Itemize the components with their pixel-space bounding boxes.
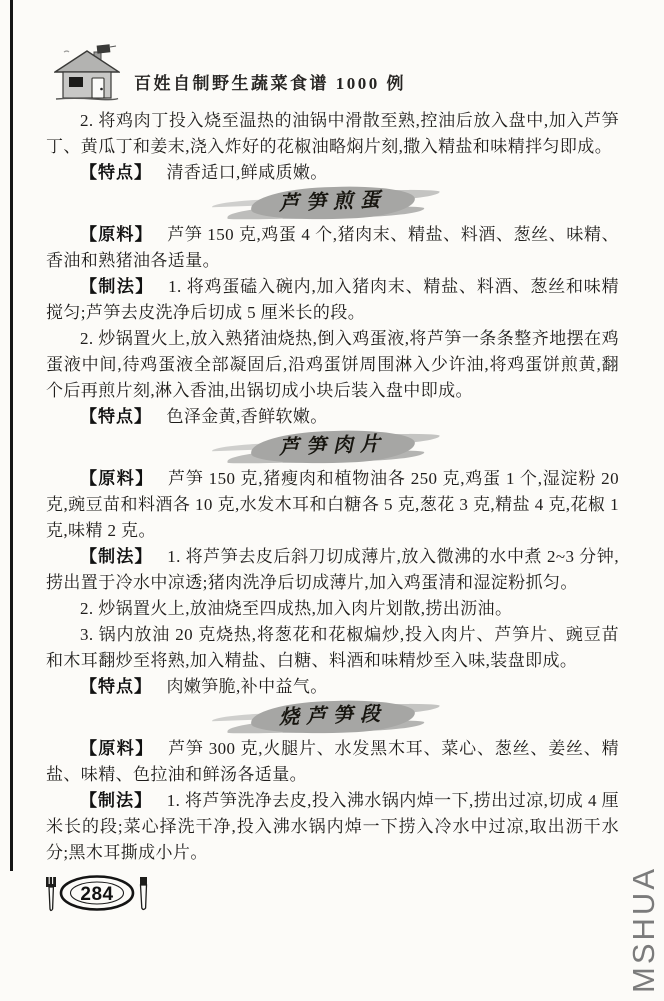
recipe-3-ingredients: 【原料】芦笋 300 克,火腿片、水发黑木耳、菜心、葱丝、姜丝、精盐、味精、色拉… [46,736,619,788]
fork-icon [46,877,56,911]
feature-label: 【特点】 [80,407,152,426]
method-label: 【制法】 [80,547,153,566]
recipe-2-title: 芦笋肉片 [262,430,403,465]
recipe-2-feature: 【特点】肉嫩笋脆,补中益气。 [46,674,619,700]
recipe-2-method-step-3: 3. 锅内放油 20 克烧热,将葱花和花椒煸炒,投入肉片、芦笋片、豌豆苗和木耳翻… [46,622,619,674]
recipe-1-title: 芦笋煎蛋 [262,186,403,221]
intro-feature: 【特点】清香适口,鲜咸质嫩。 [46,160,619,186]
recipe-3-method-step-1: 【制法】1. 将芦笋洗净去皮,投入沸水锅内焯一下,捞出过凉,切成 4 厘米长的段… [46,788,619,866]
recipe-1-feature: 【特点】色泽金黄,香鲜软嫩。 [46,404,619,430]
feature-text: 清香适口,鲜咸质嫩。 [166,163,327,182]
knife-icon [140,877,147,910]
book-title: 百姓自制野生蔬菜食谱 1000 例 [134,69,406,94]
recipe-2-method-step-1: 【制法】1. 将芦笋去皮后斜刀切成薄片,放入微沸的水中煮 2~3 分钟,捞出置于… [46,544,619,596]
book-page: 百姓自制野生蔬菜食谱 1000 例 2. 将鸡肉丁投入烧至温热的油锅中滑散至熟,… [0,0,664,1001]
method-label: 【制法】 [80,277,154,296]
page-number: 284 [80,884,113,905]
page-content: 2. 将鸡肉丁投入烧至温热的油锅中滑散至熟,控油后放入盘中,加入芦笋丁、黄瓜丁和… [46,108,619,866]
method-label: 【制法】 [80,791,152,810]
feature-label: 【特点】 [80,163,152,182]
recipe-1-header: 芦笋煎蛋 [46,188,619,220]
watermark: MSHUA [626,866,662,993]
intro-step-2: 2. 将鸡肉丁投入烧至温热的油锅中滑散至熟,控油后放入盘中,加入芦笋丁、黄瓜丁和… [46,108,619,160]
ingredients-label: 【原料】 [80,225,153,244]
feature-text: 肉嫩笋脆,补中益气。 [166,677,327,696]
recipe-1-method-step-2: 2. 炒锅置火上,放入熟猪油烧热,倒入鸡蛋液,将芦笋一条条整齐地摆在鸡蛋液中间,… [46,326,619,404]
plate-oval: 284 [61,877,133,910]
recipe-1-method-step-1: 【制法】1. 将鸡蛋磕入碗内,加入猪肉末、精盐、料酒、葱丝和味精搅匀;芦笋去皮洗… [46,274,619,326]
feature-text: 色泽金黄,香鲜软嫩。 [166,407,327,426]
recipe-2-ingredients: 【原料】芦笋 150 克,猪瘦肉和植物油各 250 克,鸡蛋 1 个,湿淀粉 2… [46,466,619,544]
page-header: 百姓自制野生蔬菜食谱 1000 例 [54,42,406,102]
page-number-marker: 284 [42,874,154,920]
recipe-1-ingredients: 【原料】芦笋 150 克,鸡蛋 4 个,猪肉末、精盐、料酒、葱丝、味精、香油和熟… [46,222,619,274]
recipe-3-header: 烧芦笋段 [46,702,619,734]
recipe-2-header: 芦笋肉片 [46,432,619,464]
feature-label: 【特点】 [80,677,152,696]
recipe-3-title: 烧芦笋段 [262,700,403,735]
house-icon [54,44,120,102]
ingredients-label: 【原料】 [80,469,154,488]
scan-edge-line [10,0,13,871]
ingredients-label: 【原料】 [80,739,154,758]
recipe-2-method-step-2: 2. 炒锅置火上,放油烧至四成热,加入肉片划散,捞出沥油。 [46,596,619,622]
